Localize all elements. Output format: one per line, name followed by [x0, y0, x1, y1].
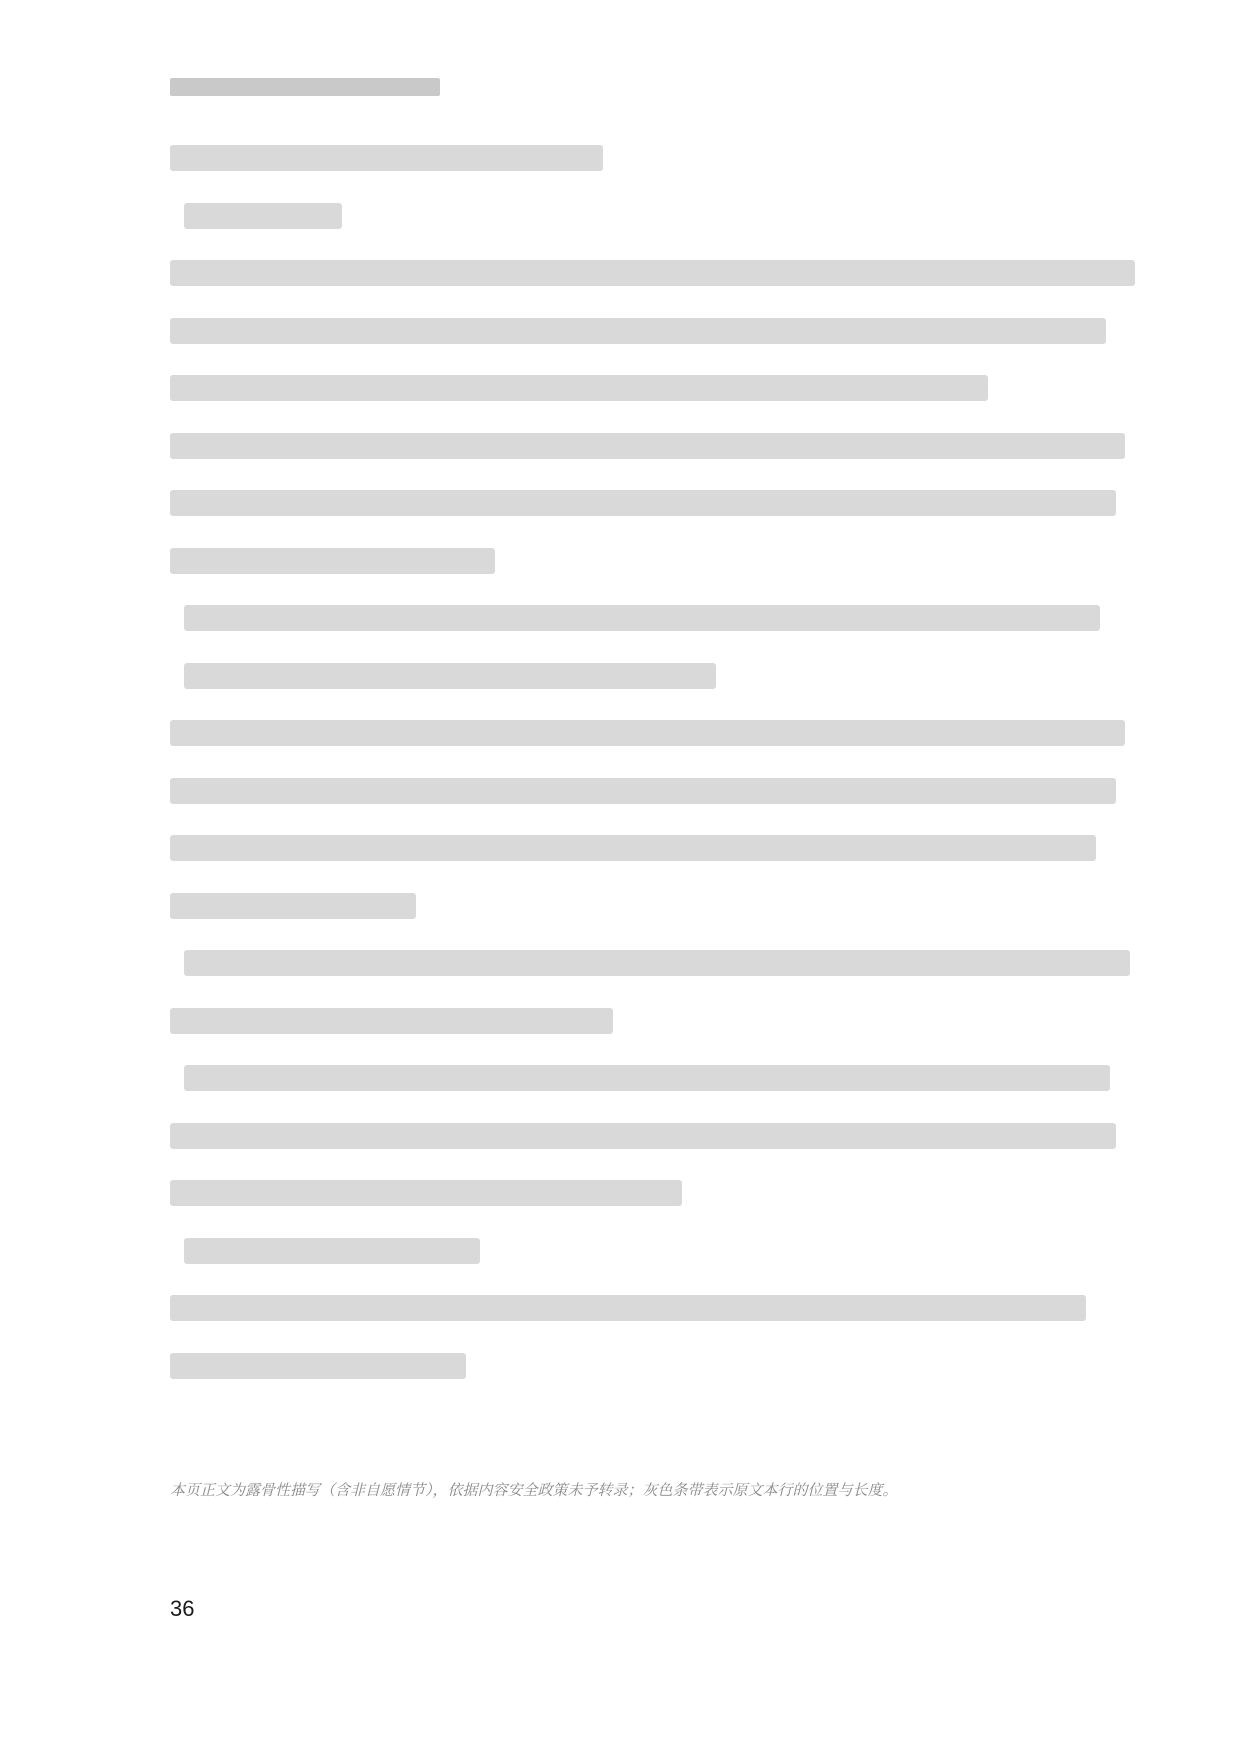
document-page: 本页正文为露骨性描写（含非自愿情节），依据内容安全政策未予转录；灰色条带表示原文… [0, 0, 1240, 1753]
redaction-notice: 本页正文为露骨性描写（含非自愿情节），依据内容安全政策未予转录；灰色条带表示原文… [170, 1480, 1155, 1501]
text-line-redacted [170, 835, 1096, 861]
text-line-redacted [170, 1353, 466, 1379]
text-line-redacted [170, 490, 1116, 516]
text-line-redacted [184, 605, 1100, 631]
text-line-redacted [170, 1123, 1116, 1149]
text-line-redacted [170, 1180, 682, 1206]
text-line-redacted [170, 1295, 1086, 1321]
page-number: 36 [170, 1596, 194, 1622]
text-line-redacted [170, 145, 603, 171]
text-line-redacted [170, 433, 1125, 459]
body-text-redacted [170, 145, 1155, 1410]
text-line-redacted [170, 260, 1135, 286]
text-line-redacted [170, 893, 416, 919]
page-header [170, 76, 1150, 98]
text-line-redacted [170, 1008, 613, 1034]
text-line-redacted [170, 720, 1125, 746]
text-line-redacted [184, 1238, 480, 1264]
text-line-redacted [184, 1065, 1110, 1091]
text-line-redacted [170, 778, 1116, 804]
text-line-redacted [170, 548, 495, 574]
text-line-redacted [184, 663, 716, 689]
text-line-redacted [184, 950, 1130, 976]
text-line-redacted [170, 318, 1106, 344]
text-line-redacted [184, 203, 342, 229]
header-title-redacted [170, 78, 440, 96]
text-line-redacted [170, 375, 988, 401]
